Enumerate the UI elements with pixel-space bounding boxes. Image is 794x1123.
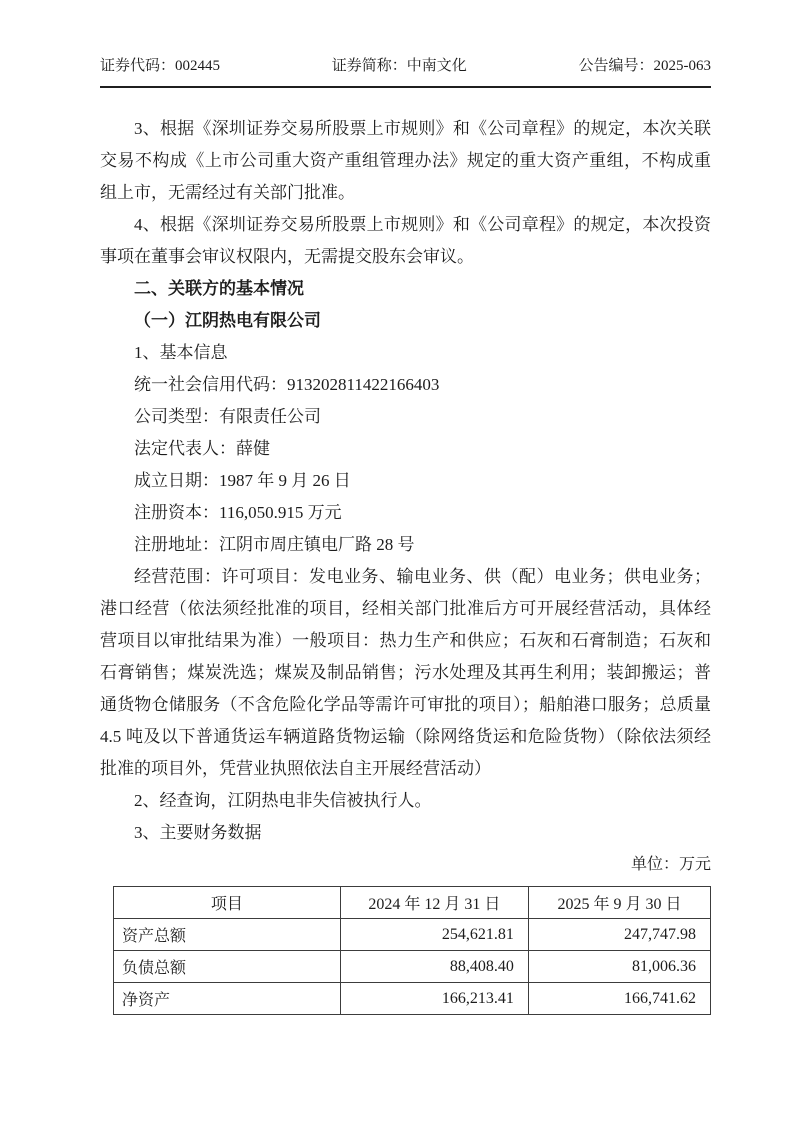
section-heading-related-party: 二、关联方的基本情况 <box>100 273 711 305</box>
table-row-total-assets: 资产总额 254,621.81 247,747.98 <box>114 919 711 951</box>
table-header-row: 项目 2024 年 12 月 31 日 2025 年 9 月 30 日 <box>114 887 711 919</box>
announcement-number: 公告编号：2025-063 <box>579 54 712 75</box>
stock-code: 证券代码：002445 <box>100 54 220 75</box>
row-label: 负债总额 <box>114 951 341 983</box>
info-line-legal-representative: 法定代表人：薛健 <box>100 433 711 465</box>
table-row-net-assets: 净资产 166,213.41 166,741.62 <box>114 983 711 1015</box>
stock-name: 证券简称：中南文化 <box>332 54 467 75</box>
info-line-credit-code: 统一社会信用代码：913202811422166403 <box>100 369 711 401</box>
info-line-registered-address: 注册地址：江阴市周庄镇电厂路 28 号 <box>100 529 711 561</box>
value-2025: 247,747.98 <box>528 919 710 951</box>
paragraph-listing-rules-2: 4、根据《深圳证券交易所股票上市规则》和《公司章程》的规定，本次投资事项在董事会… <box>100 209 711 273</box>
table-header-item: 项目 <box>114 887 341 919</box>
value-2024: 166,213.41 <box>340 983 528 1015</box>
paragraph-listing-rules-1: 3、根据《深圳证券交易所股票上市规则》和《公司章程》的规定，本次关联交易不构成《… <box>100 113 711 209</box>
query-result-line: 2、经查询，江阴热电非失信被执行人。 <box>100 785 711 817</box>
table-row-total-liabilities: 负债总额 88,408.40 81,006.36 <box>114 951 711 983</box>
basic-info-heading: 1、基本信息 <box>100 337 711 369</box>
financial-table: 项目 2024 年 12 月 31 日 2025 年 9 月 30 日 资产总额… <box>113 886 711 1015</box>
value-2025: 166,741.62 <box>528 983 710 1015</box>
info-line-registered-capital: 注册资本：116,050.915 万元 <box>100 497 711 529</box>
info-line-company-type: 公司类型：有限责任公司 <box>100 401 711 433</box>
value-2024: 88,408.40 <box>340 951 528 983</box>
table-header-date-2024: 2024 年 12 月 31 日 <box>340 887 528 919</box>
info-line-establish-date: 成立日期：1987 年 9 月 26 日 <box>100 465 711 497</box>
document-page: 证券代码：002445 证券简称：中南文化 公告编号：2025-063 3、根据… <box>0 0 794 1123</box>
subsection-heading-company: （一）江阴热电有限公司 <box>100 305 711 337</box>
document-header: 证券代码：002445 证券简称：中南文化 公告编号：2025-063 <box>100 54 711 75</box>
financial-data-heading: 3、主要财务数据 <box>100 817 711 849</box>
document-body: 3、根据《深圳证券交易所股票上市规则》和《公司章程》的规定，本次关联交易不构成《… <box>100 113 711 1015</box>
row-label: 资产总额 <box>114 919 341 951</box>
value-2024: 254,621.81 <box>340 919 528 951</box>
business-scope-paragraph: 经营范围：许可项目：发电业务、输电业务、供（配）电业务；供电业务；港口经营（依法… <box>100 561 711 785</box>
value-2025: 81,006.36 <box>528 951 710 983</box>
row-label: 净资产 <box>114 983 341 1015</box>
table-unit-note: 单位：万元 <box>100 849 711 881</box>
header-divider <box>100 86 711 88</box>
table-header-date-2025: 2025 年 9 月 30 日 <box>528 887 710 919</box>
